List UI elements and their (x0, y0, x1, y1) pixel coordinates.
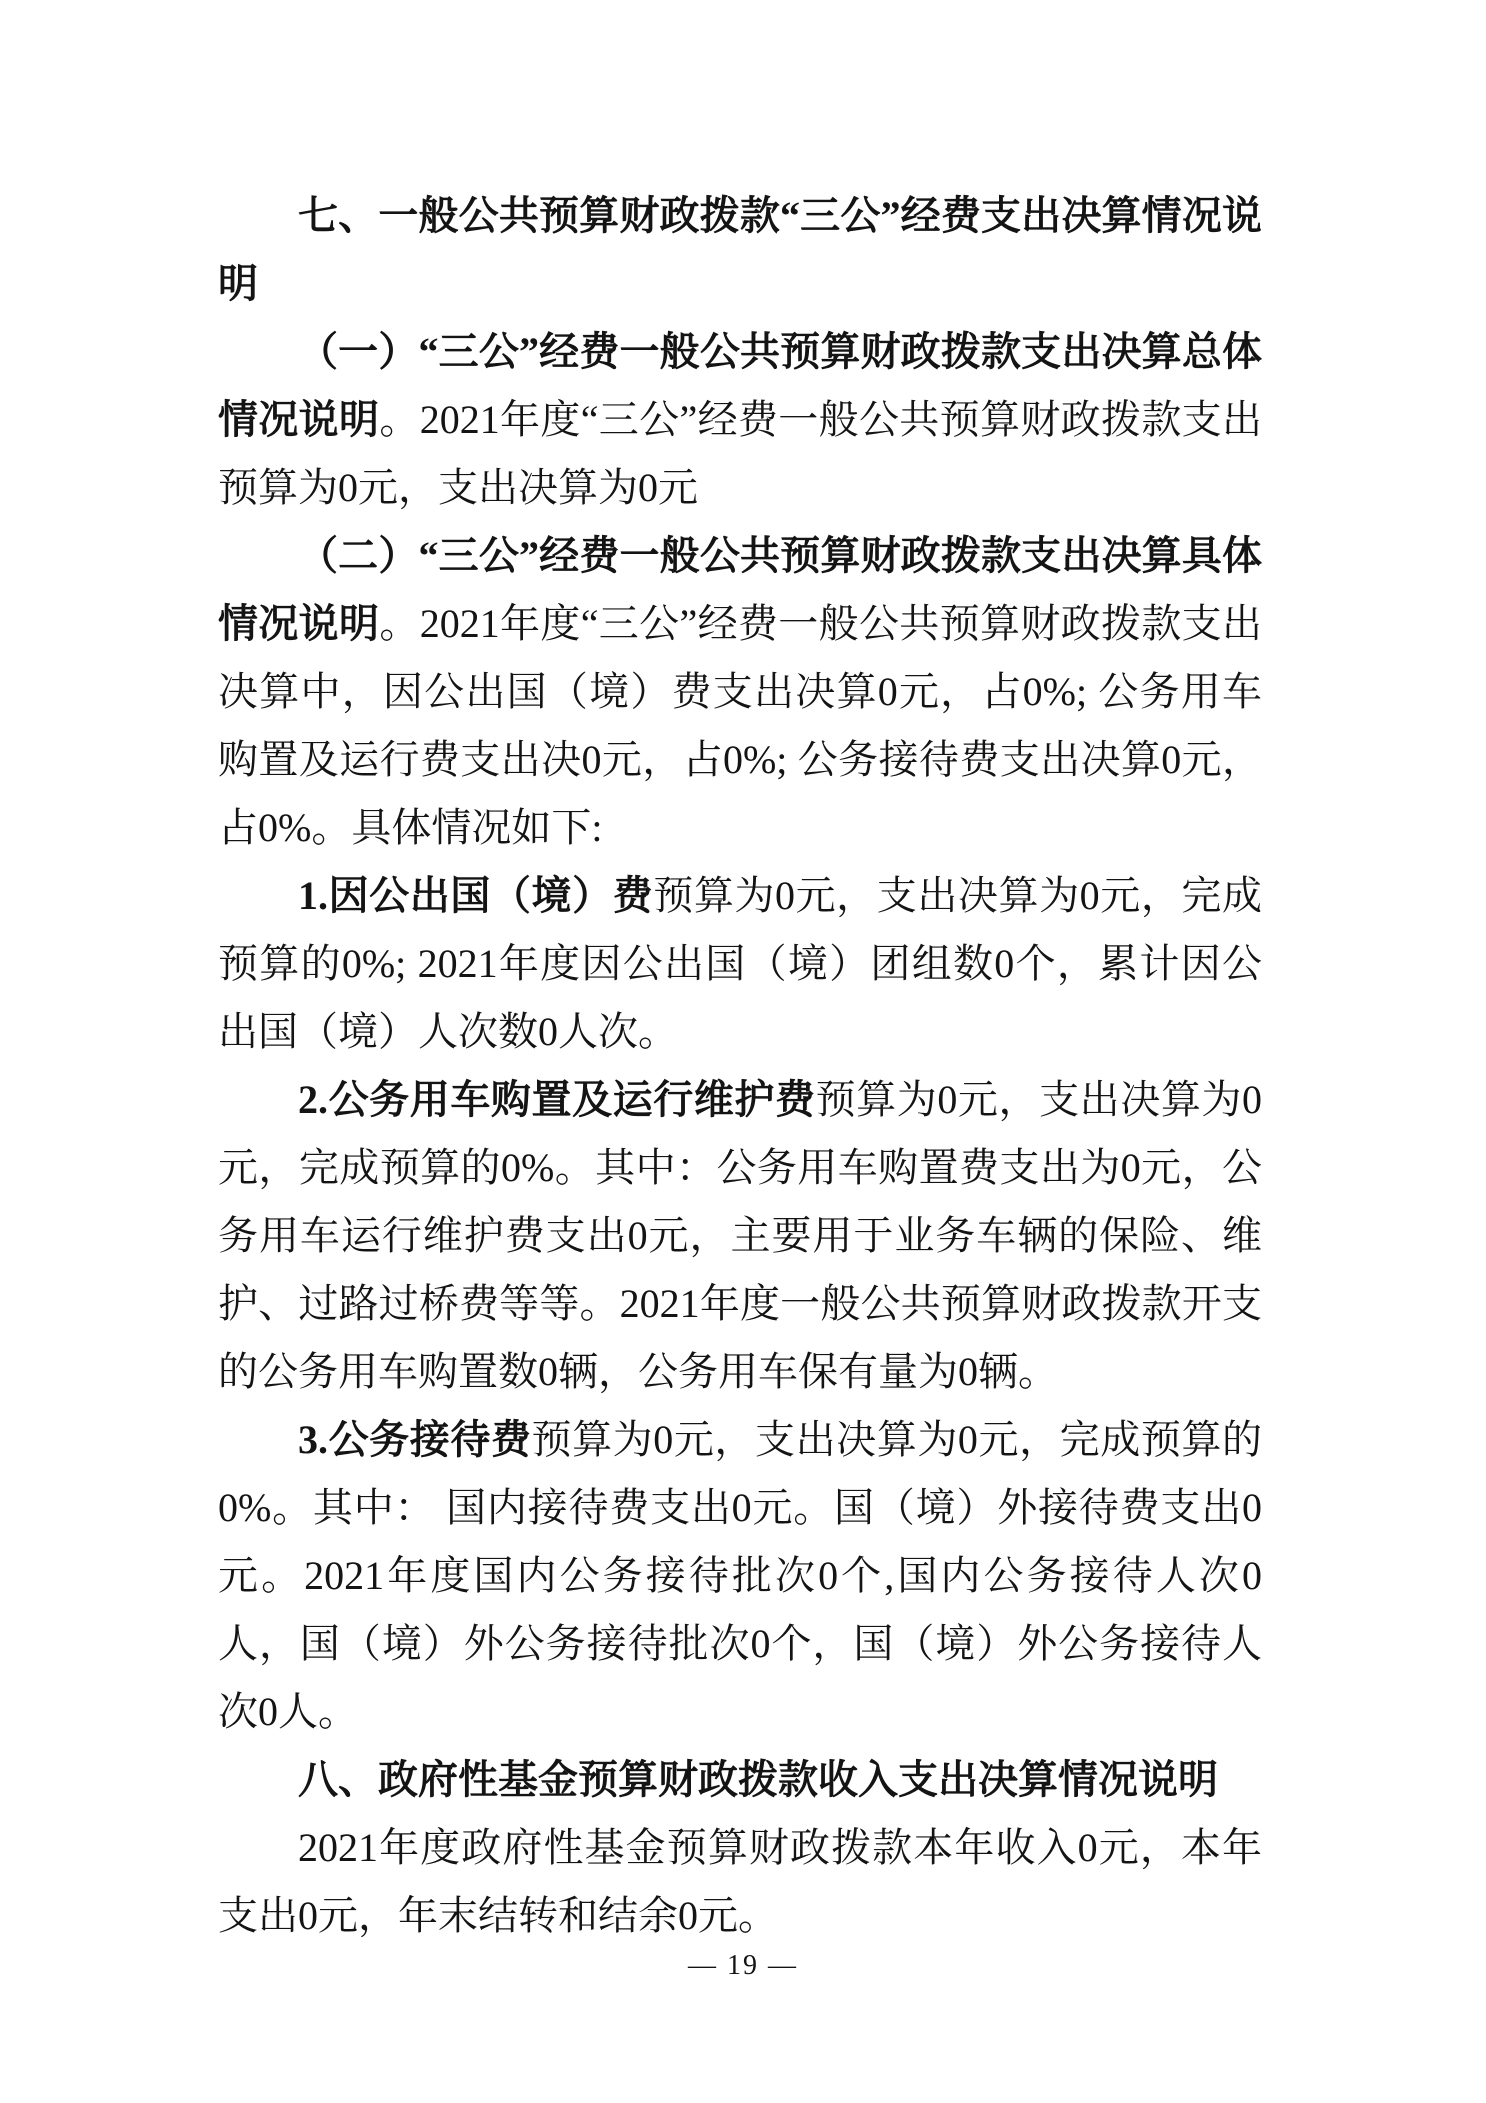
heading-section-seven: 七、一般公共预算财政拨款“三公”经费支出决算情况说明 (218, 182, 1262, 318)
document-body: 七、一般公共预算财政拨款“三公”经费支出决算情况说明（一）“三公”经费一般公共预… (218, 182, 1262, 1950)
paragraph-overall-situation: （一）“三公”经费一般公共预算财政拨款支出决算总体情况说明。2021年度“三公”… (218, 318, 1262, 522)
bold-text-run: 八、政府性基金预算财政拨款收入支出决算情况说明 (298, 1757, 1218, 1802)
page-footer: — 19 — (0, 1948, 1486, 1984)
bold-text-run: 2.公务用车购置及运行维护费 (298, 1077, 816, 1122)
paragraph-government-fund: 2021年度政府性基金预算财政拨款本年收入0元，本年支出0元，年末结转和结余0元… (218, 1814, 1262, 1950)
page-number: — 19 — (688, 1950, 798, 1981)
paragraph-item-1-abroad-expense: 1.因公出国（境）费预算为0元，支出决算为0元，完成预算的0%; 2021年度因… (218, 862, 1262, 1066)
paragraph-specific-situation: （二）“三公”经费一般公共预算财政拨款支出决算具体情况说明。2021年度“三公”… (218, 522, 1262, 862)
text-run: 预算为0元，支出决算为0元，完成预算的0%。其中： 国内接待费支出0元。国（境）… (218, 1417, 1262, 1734)
paragraph-item-2-vehicle-expense: 2.公务用车购置及运行维护费预算为0元，支出决算为0元，完成预算的0%。其中：公… (218, 1066, 1262, 1406)
document-page: 七、一般公共预算财政拨款“三公”经费支出决算情况说明（一）“三公”经费一般公共预… (0, 0, 1486, 2103)
bold-text-run: 七、一般公共预算财政拨款“三公”经费支出决算情况说明 (218, 193, 1262, 306)
bold-text-run: 3.公务接待费 (298, 1417, 532, 1462)
heading-section-eight: 八、政府性基金预算财政拨款收入支出决算情况说明 (218, 1746, 1262, 1814)
text-run: 预算为0元，支出决算为0元，完成预算的0%。其中：公务用车购置费支出为0元，公务… (218, 1077, 1262, 1394)
bold-text-run: 1.因公出国（境）费 (298, 873, 653, 918)
text-run: 2021年度政府性基金预算财政拨款本年收入0元，本年支出0元，年末结转和结余0元… (218, 1825, 1262, 1938)
paragraph-item-3-reception-expense: 3.公务接待费预算为0元，支出决算为0元，完成预算的0%。其中： 国内接待费支出… (218, 1406, 1262, 1746)
